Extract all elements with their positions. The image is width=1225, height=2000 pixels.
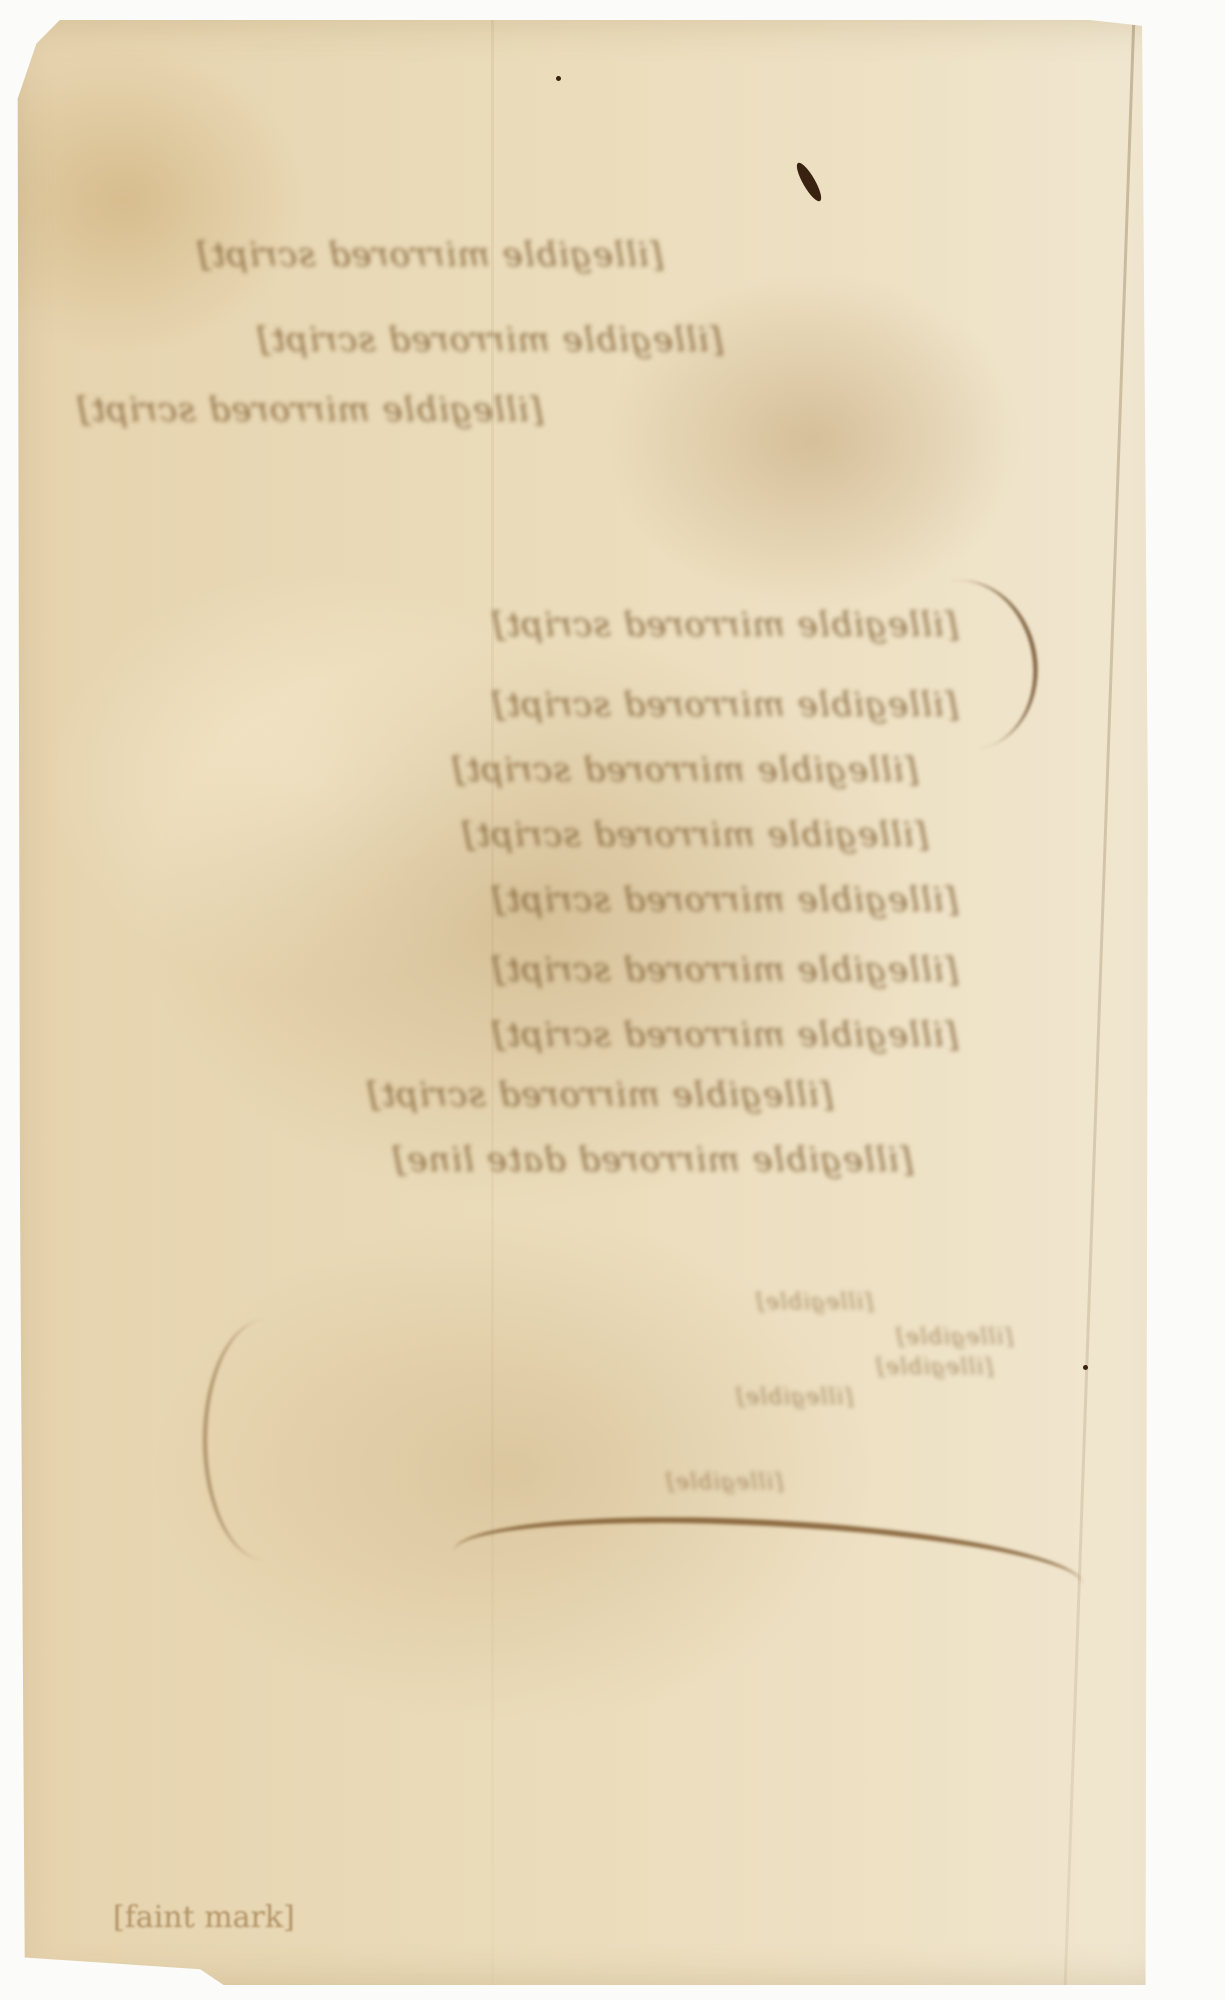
bleed-through-signature-line: [illegible] xyxy=(573,1385,853,1410)
ink-blot xyxy=(793,160,825,204)
bleed-through-body-line: [illegible mirrored script] xyxy=(98,815,928,855)
signature-flourish xyxy=(451,1504,1085,1633)
ink-tail-stroke xyxy=(879,569,1050,761)
bleed-through-body-line: [illegible mirrored script] xyxy=(98,605,958,645)
bleed-through-signature-line: [illegible] xyxy=(573,1325,1013,1350)
bleed-through-signature-line: [illegible] xyxy=(573,1290,873,1315)
page-center-fold xyxy=(491,20,494,1985)
bleed-through-body-line: [illegible mirrored script] xyxy=(98,750,918,790)
page-fold-crease xyxy=(1064,20,1136,1985)
ink-dot xyxy=(1083,1365,1088,1370)
manuscript-page: [illegible mirrored script] [illegible m… xyxy=(13,20,1183,1985)
bleed-through-address-line: [illegible mirrored script] xyxy=(243,390,543,430)
bleed-through-body-line: [illegible mirrored script] xyxy=(98,1015,958,1055)
bleed-through-body-line: [illegible mirrored script] xyxy=(98,950,958,990)
bleed-through-body-line: [illegible mirrored script] xyxy=(98,880,958,920)
paraph-curve xyxy=(203,1320,327,1560)
ink-dot xyxy=(556,76,561,81)
bleed-through-signature-line: [illegible] xyxy=(553,1355,993,1380)
bleed-through-address-line: [illegible mirrored script] xyxy=(223,235,663,275)
bleed-through-dateline: [illegible mirrored date line] xyxy=(13,1140,913,1180)
bleed-through-body-line: [illegible mirrored script] xyxy=(98,685,958,725)
bleed-through-address-line: [illegible mirrored script] xyxy=(123,320,723,360)
corner-mark: [faint mark] xyxy=(113,1900,295,1935)
bleed-through-signature-line: [illegible] xyxy=(663,1470,783,1495)
bleed-through-body-line: [illegible mirrored script] xyxy=(253,1075,833,1115)
